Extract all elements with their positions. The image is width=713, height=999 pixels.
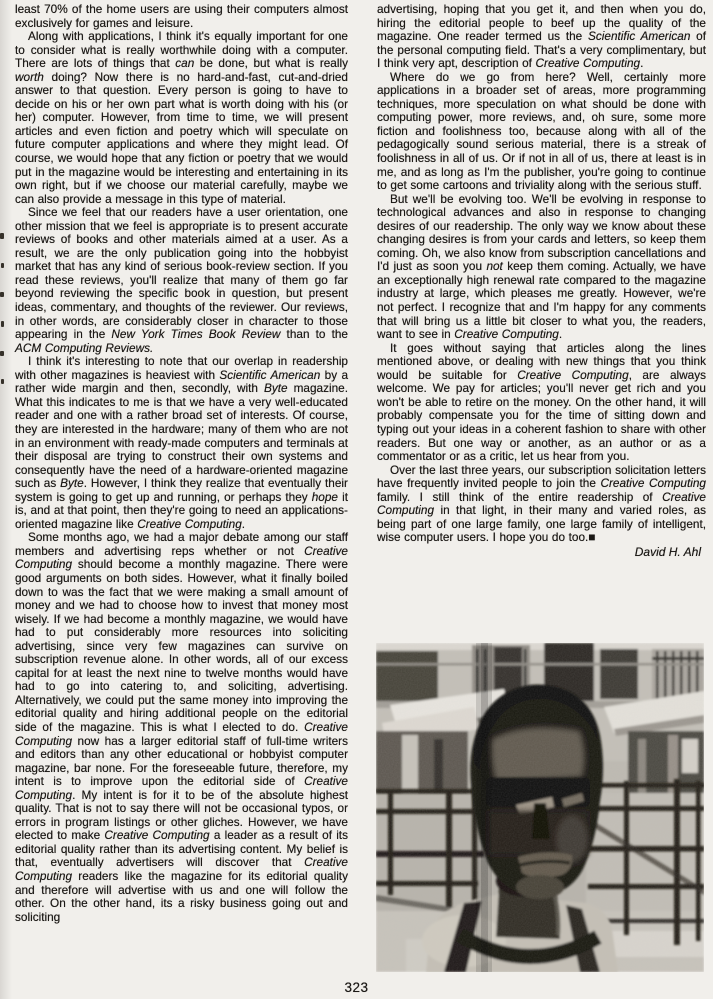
italic-title: Creative Computing [15,855,348,883]
paragraph: Where do we go from here? Well, certainl… [377,71,706,193]
paragraph: least 70% of the home users are using th… [15,3,348,30]
italic-title: Creative Computing [454,327,559,341]
italic-title: Creative Computing [600,476,706,490]
paragraph: It goes without saying that articles alo… [377,342,706,464]
italic-title: New York Times Book Review [111,327,280,341]
portrait-photo-graphic [376,643,704,972]
scan-speck [1,321,4,327]
italic-title: Creative Computing [104,828,209,842]
paragraph: But we'll be evolving too. We'll be evol… [377,193,706,342]
italic-title: hope [312,490,338,504]
italic-title: Byte [60,476,84,490]
italic-title: Scientific American [219,368,320,382]
paragraph: Over the last three years, our subscript… [377,464,706,545]
paragraph: Along with applications, I think it's eq… [15,30,348,206]
italic-title: worth [15,70,44,84]
right-column: advertising, hoping that you get it, and… [377,3,706,559]
italic-title: Creative Computing [536,56,641,70]
scan-speck [1,263,4,268]
paragraph: advertising, hoping that you get it, and… [377,3,706,71]
left-column: least 70% of the home users are using th… [15,3,348,924]
page-number: 323 [0,980,713,995]
italic-title: Byte [264,381,288,395]
scan-speck [1,379,4,384]
italic-title: Creative Computing [377,490,706,518]
paragraph: Some months ago, we had a major debate a… [15,531,348,924]
italic-title: Creative Computing [15,774,348,802]
paragraph: I think it's interesting to note that ou… [15,355,348,531]
italic-title: ACM Computing Reviews. [15,341,153,355]
scan-speck [0,351,4,356]
paragraph: Since we feel that our readers have a us… [15,206,348,355]
italic-title: Scientific American [588,29,690,43]
italic-title: Creative Computing [15,720,348,748]
photo-film-grain [376,643,704,972]
scan-edge-shading [0,0,12,999]
italic-title: not [486,259,502,273]
italic-title: Creative Computing [137,517,242,531]
author-signature: David H. Ahl [377,546,706,560]
right-column-text: advertising, hoping that you get it, and… [377,3,706,545]
portrait-photo [376,643,704,972]
italic-title: can [175,56,194,70]
scan-speck [0,292,4,297]
italic-title: Creative Computing [517,368,628,382]
magazine-page: least 70% of the home users are using th… [0,0,713,999]
italic-title: Creative Computing [15,544,348,572]
scan-speck [0,233,4,239]
